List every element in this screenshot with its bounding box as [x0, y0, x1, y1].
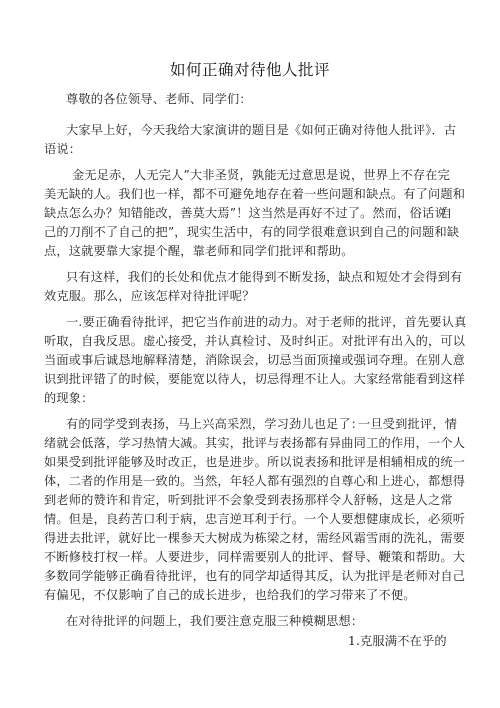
- text-line: 当面或事后诚恳地解释清楚，消除误会，切忌当面顶撞或强词夺理。在别人意: [44, 351, 465, 368]
- text-line: 美无缺的人。我们也一样，都不可避免地存在着一些问题和缺点。有了问题和: [44, 185, 465, 202]
- text-line: 自: [440, 204, 452, 221]
- text-line: 点，这就要靠大家提个醒，靠老师和同学们批评和帮助。: [44, 242, 354, 259]
- text-line: 到老师的赞许和肯定，听到批评不会象受到表扬那样令人舒畅，这是人之常: [44, 491, 453, 508]
- text-line: 效克服。那么，应该怎样对待批评呢？: [44, 287, 255, 304]
- text-line: 缺点怎么办？知错能改，善莫大焉”！这当然是再好不过了。然而，俗话说: [44, 204, 447, 221]
- text-line: 多数同学能够正确看待批评，也有的同学却适得其反，认为批评是老师对自己: [44, 567, 465, 584]
- text-line: 不断修枝打杈一样。人要进步，同样需要别人的批评、督导、鞭策和帮助。大: [44, 548, 465, 565]
- document-title: 如何正确对待他人批评: [0, 58, 500, 80]
- text-line: 有偏见，不仅影响了自己的成长进步，也给我们的学习带来了不便。: [44, 586, 416, 603]
- text-line: 一.要正确看待批评，把它当作前进的动力。对于老师的批评，首先要认真: [66, 313, 466, 330]
- text-line: 得进去批评，就好比一棵参天大树成为栋梁之材，需经风霜雪雨的洗礼，需要: [44, 529, 465, 546]
- text-line: 大家早上好，今天我给大家演讲的题目是《如何正确对待他人批评》．古: [66, 121, 456, 138]
- text-line: 听取，自我反思。虚心接受，并认真检讨、及时纠正。对批评有出入的，可以: [44, 332, 465, 349]
- document-page: 如何正确对待他人批评 尊敬的各位领导、老师、同学们：大家早上好，今天我给大家演讲…: [0, 0, 500, 708]
- text-line: 己的刀削不了自己的把”，现实生活中，有的同学很难意识到自己的问题和缺: [44, 223, 459, 240]
- text-line: 识到批评错了的时候，要能宽以待人，切忌得理不让人。大家经常能看到这样: [44, 370, 465, 387]
- text-line: 绪就会低落，学习热情大减。其实，批评与表扬都有异曲同工的作用，一个人: [44, 434, 465, 451]
- text-line: 有的同学受到表扬，马上兴高采烈，学习劲儿也足了：: [66, 415, 363, 432]
- text-line: 的现象：: [44, 389, 94, 406]
- text-line: 1.克服满不在乎的: [348, 632, 447, 649]
- text-line: 在对待批评的问题上，我们要注意克服三种模糊思想：: [66, 612, 363, 629]
- text-line: 一旦受到批评，情: [358, 415, 457, 432]
- text-line: 尊敬的各位领导、老师、同学们：: [66, 90, 252, 107]
- text-line: 情。但是，良药苦口利于病，忠言逆耳利于行。一个人要想健康成长，必须听: [44, 510, 465, 527]
- text-line: 金无足赤，人无完人”大非圣贤，孰能无过意思是说，世界上不存在完: [72, 166, 450, 183]
- text-line: 语说：: [44, 140, 81, 157]
- text-line: 体，二者的作用是一致的。当然，年轻人都有强烈的自尊心和上进心，都想得: [44, 472, 465, 489]
- text-line: 只有这样，我们的长处和优点才能得到不断发扬，缺点和短处才会得到有: [66, 268, 462, 285]
- text-line: 如果受到批评能够及时改正，也是进步。所以说表扬和批评是相辅相成的统一: [44, 453, 465, 470]
